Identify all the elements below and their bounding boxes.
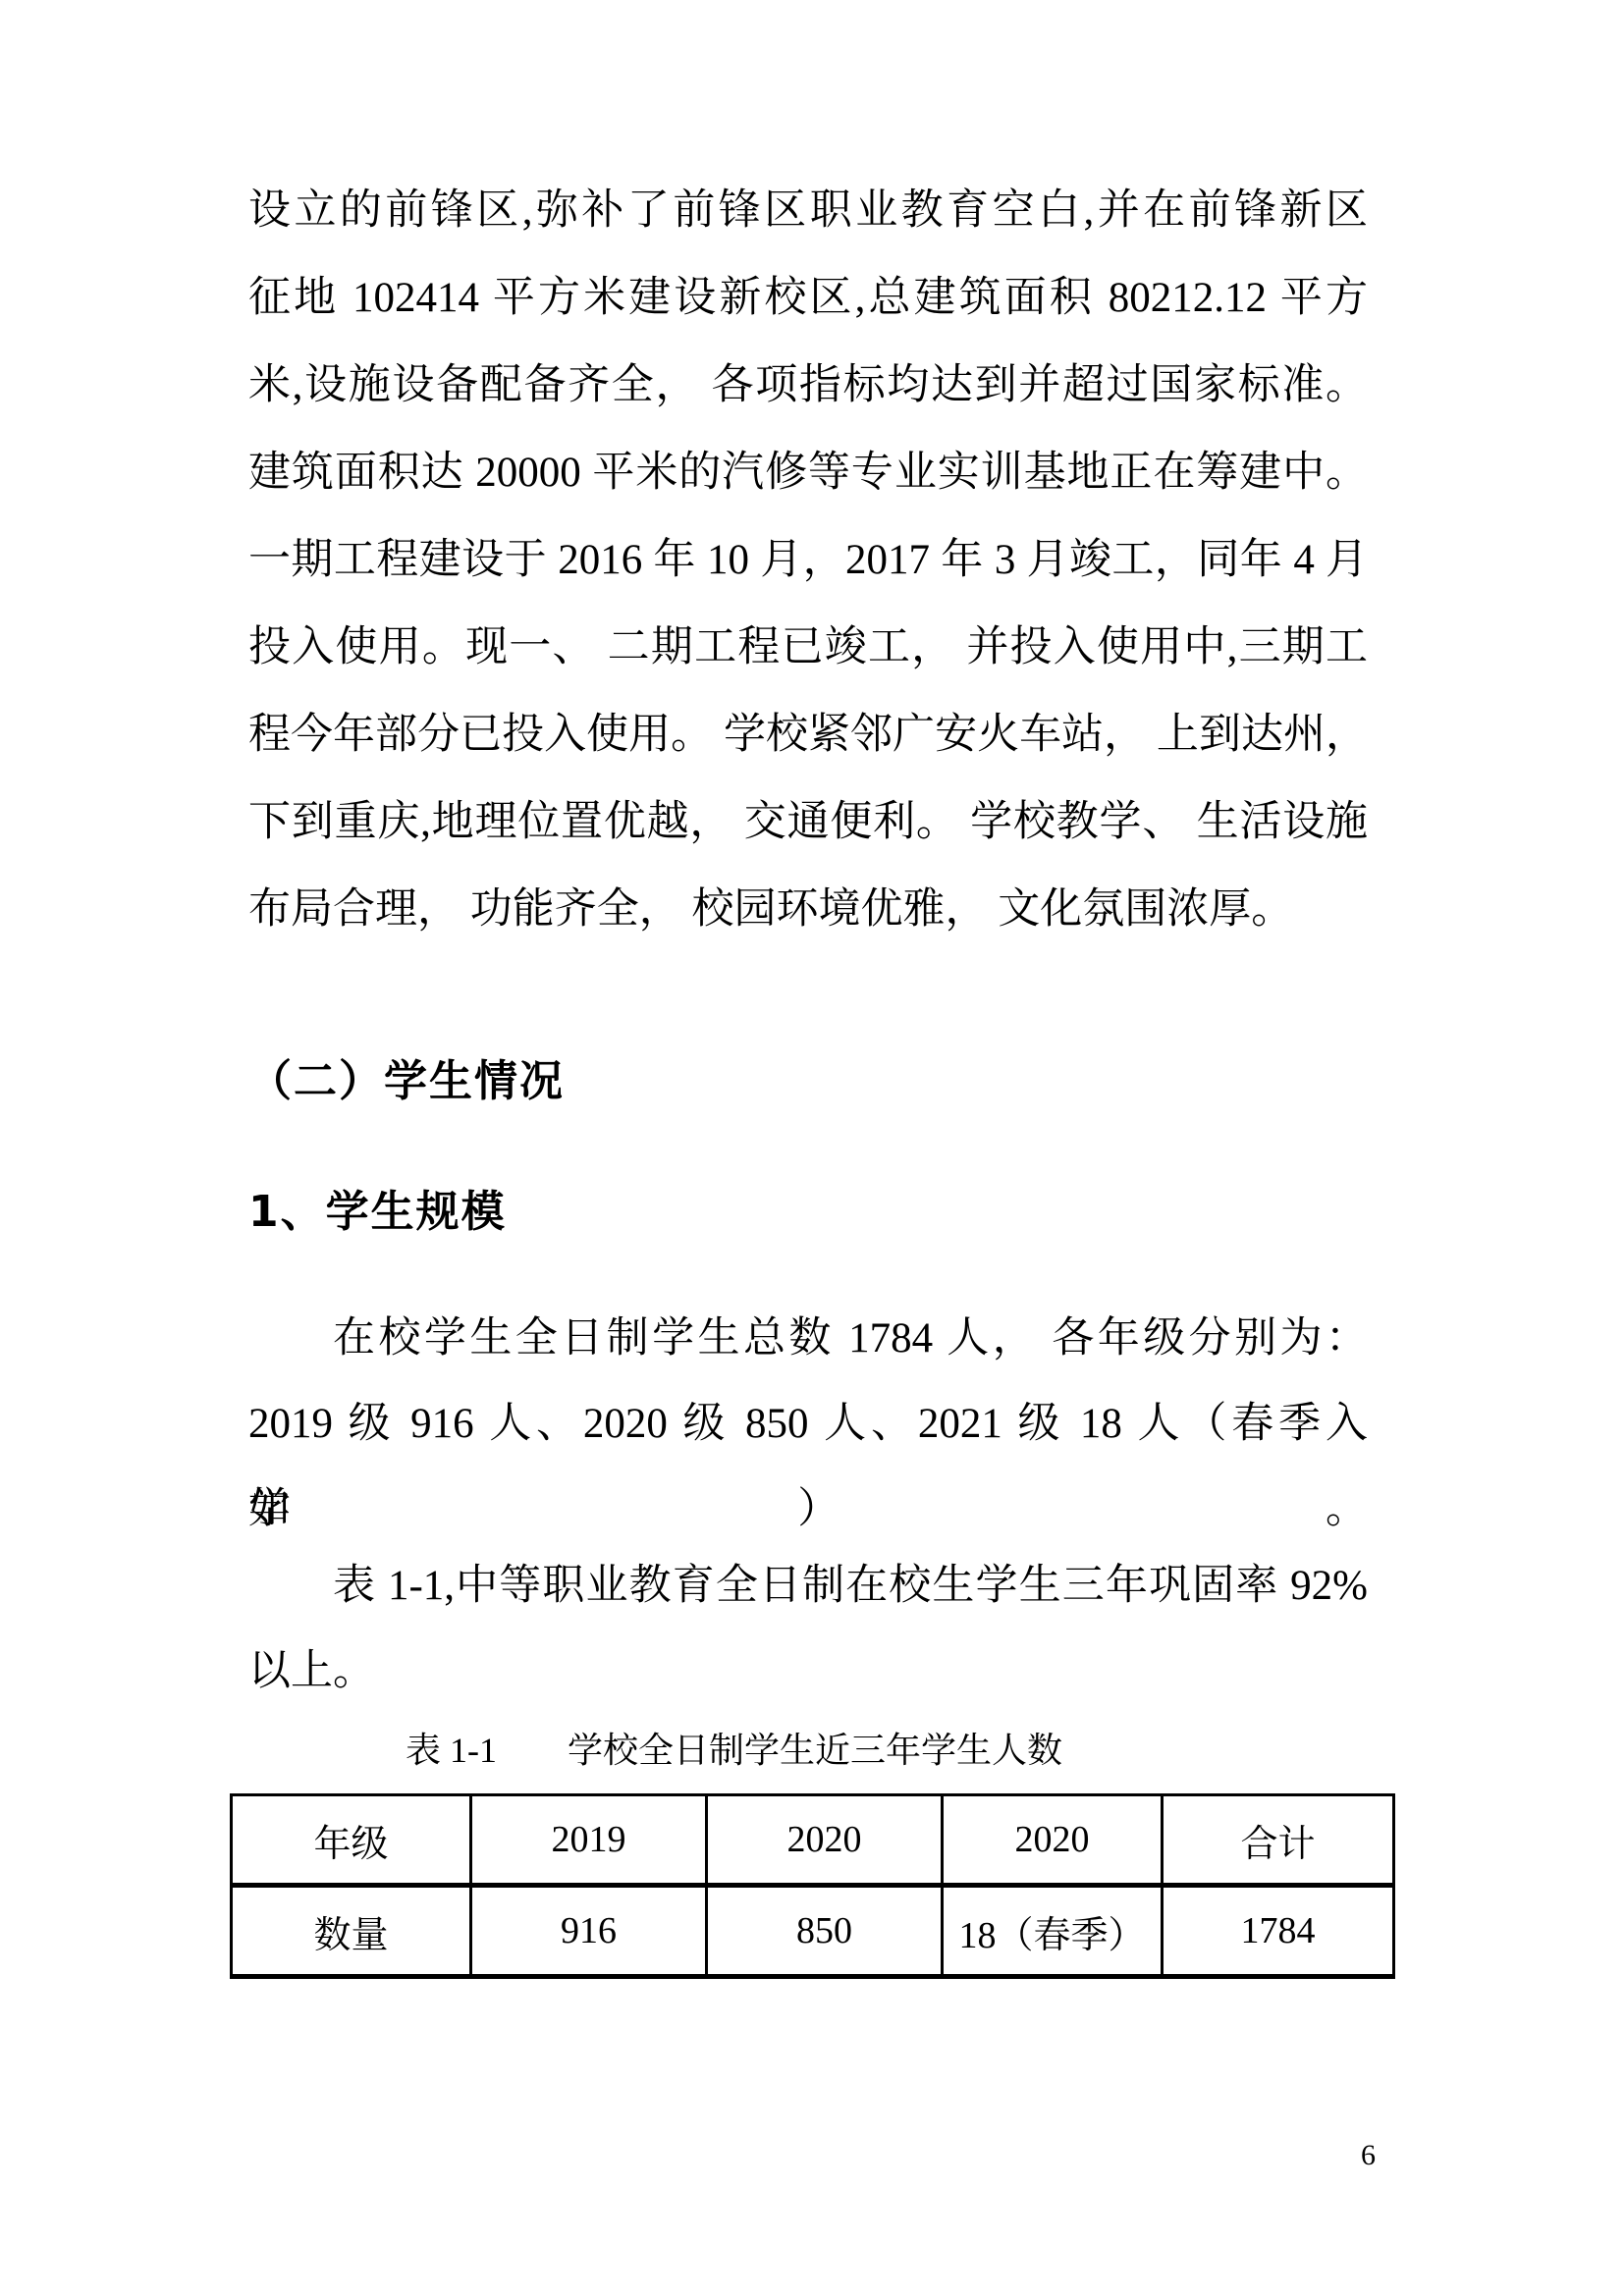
table-header-cell-grade: 年级: [232, 1795, 471, 1886]
table-caption: 表 1-1 学校全日制学生近三年学生人数: [248, 1726, 1394, 1775]
page-number: 6: [1361, 2138, 1376, 2173]
paragraph-retention-rate: 表 1-1,中等职业教育全日制在校生学生三年巩固率 92% 以上。: [248, 1543, 1368, 1714]
text-line: 建筑面积达 20000 平米的汽修等专业实训基地正在筹建中。: [248, 429, 1368, 516]
subsection-heading-student-scale: 1、学生规模: [248, 1183, 507, 1242]
text-line: 征地 102414 平方米建设新校区,总建筑面积 80212.12 平方: [248, 254, 1368, 342]
text-line: 以上。: [248, 1629, 1368, 1714]
table-header-row: 年级 2019 2020 2020 合计: [232, 1795, 1394, 1886]
section-heading-student-info: （二）学生情况: [248, 1052, 565, 1111]
text-line: 程今年部分已投入使用。 学校紧邻广安火车站， 上到达州，: [248, 691, 1368, 778]
table-header-cell-total: 合计: [1163, 1795, 1394, 1886]
table-cell-count-total: 1784: [1163, 1886, 1394, 1977]
table-cell-count-2019: 916: [471, 1886, 707, 1977]
text-line: 投入使用。现一、 二期工程已竣工， 并投入使用中,三期工: [248, 604, 1368, 691]
text-line: 下到重庆,地理位置优越， 交通便利。 学校教学、 生活设施: [248, 778, 1368, 866]
table-header-cell-2019: 2019: [471, 1795, 707, 1886]
student-count-table: 年级 2019 2020 2020 合计 数量 916 850 18（春季） 1…: [230, 1793, 1395, 1979]
table-cell-count-2020: 850: [707, 1886, 943, 1977]
text-line: 一期工程建设于 2016 年 10 月，2017 年 3 月竣工，同年 4 月: [248, 516, 1368, 604]
text-line: 设立的前锋区,弥补了前锋区职业教育空白,并在前锋新区: [248, 167, 1368, 254]
table-header-cell-2021: 2020: [943, 1795, 1163, 1886]
table-data-row: 数量 916 850 18（春季） 1784: [232, 1886, 1394, 1977]
text-line: 表 1-1,中等职业教育全日制在校生学生三年巩固率 92%: [248, 1543, 1368, 1629]
table-header-cell-2020: 2020: [707, 1795, 943, 1886]
text-line: 2019 级 916 人、2020 级 850 人、2021 级 18 人（春季…: [248, 1381, 1368, 1467]
table-cell-count-2021: 18（春季）: [943, 1886, 1163, 1977]
table-cell-count-label: 数量: [232, 1886, 471, 1977]
paragraph-campus-intro: 设立的前锋区,弥补了前锋区职业教育空白,并在前锋新区 征地 102414 平方米…: [248, 167, 1368, 953]
text-line: 布局合理， 功能齐全， 校园环境优雅， 文化氛围浓厚。: [248, 866, 1368, 953]
document-page: 设立的前锋区,弥补了前锋区职业教育空白,并在前锋新区 征地 102414 平方米…: [0, 0, 1624, 2296]
paragraph-enrollment-numbers: 在校学生全日制学生总数 1784 人， 各年级分别为： 2019 级 916 人…: [248, 1296, 1368, 1552]
text-line: 在校学生全日制学生总数 1784 人， 各年级分别为：: [248, 1296, 1368, 1381]
text-line: 米,设施设备配备齐全， 各项指标均达到并超过国家标准。: [248, 342, 1368, 429]
